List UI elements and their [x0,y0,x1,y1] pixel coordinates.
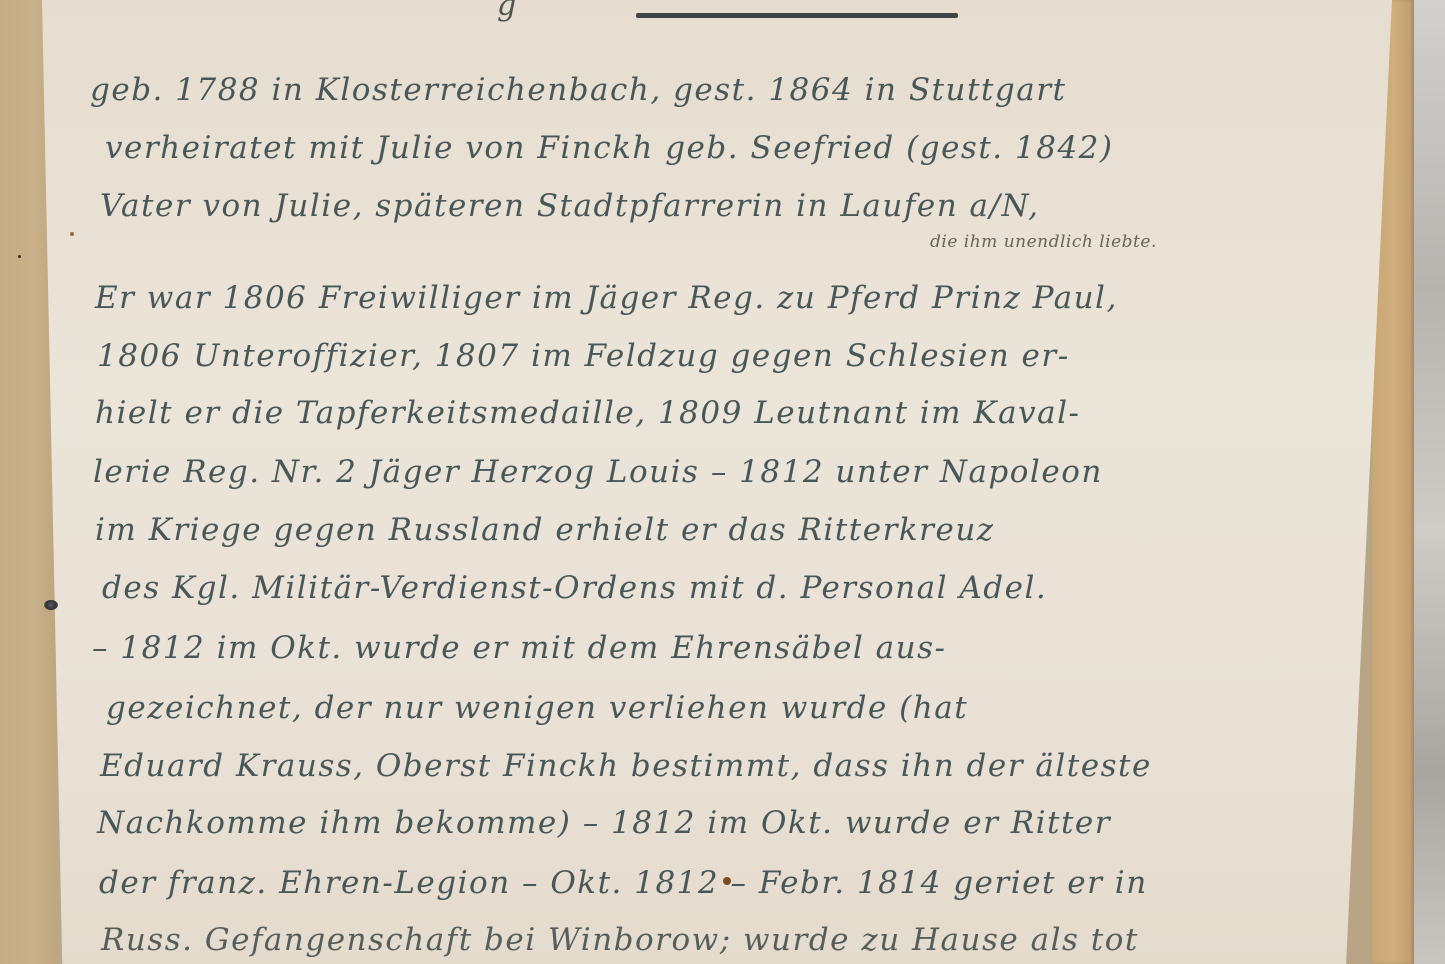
text-line: gezeichnet, der nur wenigen verliehen wu… [106,690,968,726]
text-line: der franz. Ehren-Legion – Okt. 1812 – Fe… [99,865,1148,901]
text-line: Nachkomme ihm bekomme) – 1812 im Okt. wu… [97,805,1111,841]
document-photo: g geb. 1788 in Klosterreichenbach, gest.… [0,0,1445,964]
text-line: Er war 1806 Freiwilliger im Jäger Reg. z… [95,280,1118,316]
text-line: – 1812 im Okt. wurde er mit dem Ehrensäb… [92,630,946,666]
text-line: 1806 Unteroffizier, 1807 im Feldzug gege… [97,338,1070,374]
text-line-annotation: die ihm unendlich liebte. [930,232,1157,252]
text-line: hielt er die Tapferkeitsmedaille, 1809 L… [95,395,1080,431]
text-line: geb. 1788 in Klosterreichenbach, gest. 1… [90,72,1067,108]
text-line: Vater von Julie, späteren Stadtpfarrerin… [100,188,1039,224]
text-line: im Kriege gegen Russland erhielt er das … [95,512,995,548]
text-line: des Kgl. Militär-Verdienst-Ordens mit d.… [102,570,1047,606]
text-line: Eduard Krauss, Oberst Finckh bestimmt, d… [100,748,1152,784]
text-line: verheiratet mit Julie von Finckh geb. Se… [105,130,1113,166]
handwritten-text-block: geb. 1788 in Klosterreichenbach, gest. 1… [0,0,1445,964]
text-line: lerie Reg. Nr. 2 Jäger Herzog Louis – 18… [93,454,1103,490]
text-line: Russ. Gefangenschaft bei Winborow; wurde… [101,922,1139,958]
